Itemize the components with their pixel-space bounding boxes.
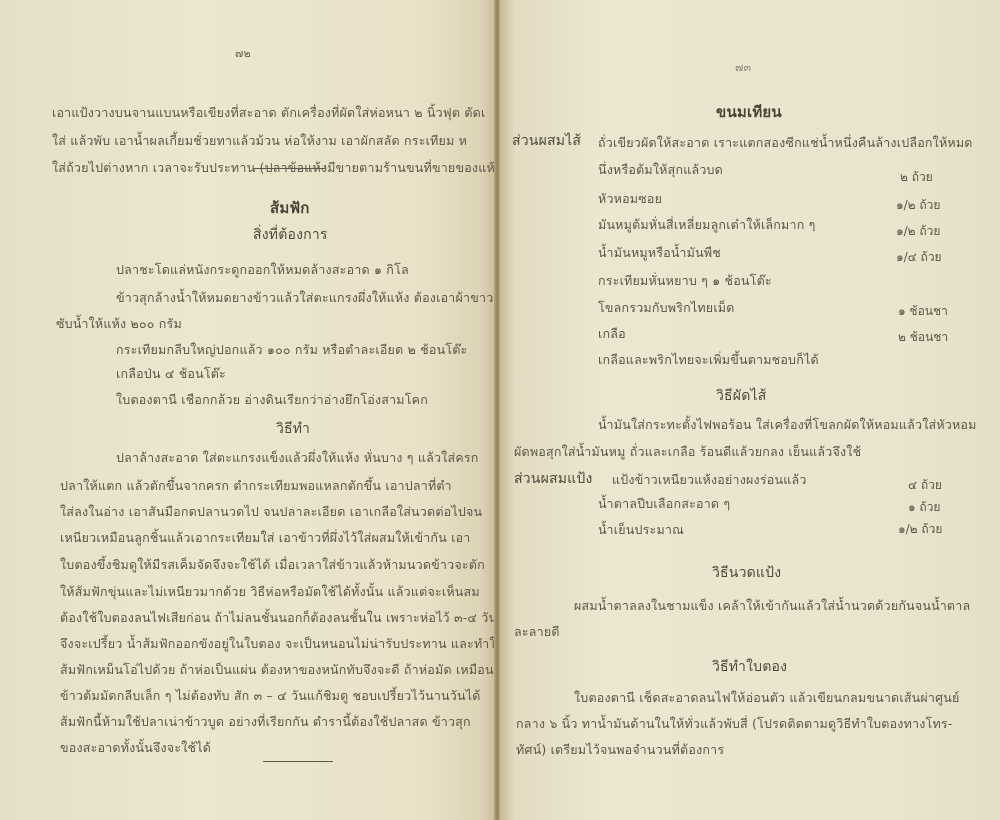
method-line: ใบตองขึ้งชิมดูให้มีรสเค็มจัดจึงจะใช้ได้ … <box>60 555 485 575</box>
intro-line: ใส่ แล้วพับ เอาน้ำผลเกี้ยมชั่วยทาแล้วม้ว… <box>52 131 467 151</box>
filling-line: นึ่งหรือต้มให้สุกแล้วบด <box>598 160 723 180</box>
ingredient-line: เกลือป่น ๔ ช้อนโต๊ะ <box>116 364 226 384</box>
method-line: ข้าวต้มมัดกลีบเล็ก ๆ ไม่ต้องทับ สัก ๓ – … <box>60 686 481 706</box>
quantity: ๑ ถ้วย <box>908 498 940 517</box>
filling-line: มันหมูต้มหั่นสี่เหลี่ยมลูกเต๋าให้เล็กมาก… <box>598 215 816 235</box>
section-divider <box>253 168 325 169</box>
dough-line: น้ำเย็นประมาณ <box>598 520 684 540</box>
ingredients-heading: สิ่งที่ต้องการ <box>253 224 328 246</box>
left-page: ๗๒ เอาแป้งวางบนจานแบนหรือเขียงที่สะอาด ต… <box>0 0 496 820</box>
recipe-title: ส้มฟัก <box>270 196 310 220</box>
leaf-method-line: กลาง ๖ นิ้ว ทาน้ำมันด้านในให้ทั่วแล้วพับ… <box>516 714 953 734</box>
page-number: ๗๓ <box>735 58 751 76</box>
quantity: ๑/๒ ถ้วย <box>898 520 942 539</box>
quantity: ๑/๒ ถ้วย <box>896 222 940 241</box>
right-page: ๗๓ ขนมเทียน ส่วนผสมไส้ ถั่วเขียวผัดให้สะ… <box>500 0 1000 820</box>
quantity: ๑ ช้อนชา <box>898 302 948 321</box>
ingredient-line: ใบตองตานี เชือกกล้วย อ่างดินเรียกว่าอ่าง… <box>116 390 428 410</box>
filling-line: น้ำมันหมูหรือน้ำมันพืช <box>598 243 721 263</box>
dough-method-line: ละลายดี <box>514 622 560 642</box>
leaf-method-heading: วิธีทำใบตอง <box>712 656 787 678</box>
dough-method-heading: วิธีนวดแป้ง <box>712 562 781 584</box>
method-line: ให้ส้มฟักขุ่นและไม่เหนียวมากด้วย วิธีห่อ… <box>60 582 480 602</box>
dough-label: ส่วนผสมแป้ง <box>514 468 593 490</box>
ingredient-line: ปลาชะโดแล่หนังกระดูกออกให้หมดล้างสะอาด ๑… <box>116 260 409 280</box>
method-line: ปลาล้างสะอาด ใส่ตะแกรงแข็งแล้วผึ่งให้แห้… <box>116 448 479 468</box>
method-heading: วิธีทำ <box>276 418 310 440</box>
dough-method-line: ผสมน้ำตาลลงในชามแข็ง เคล้าให้เข้ากันแล้ว… <box>574 596 970 616</box>
method-line: ส้มฟักนี้ห้ามใช้ปลาเน่าข้าวบูด อย่างที่เ… <box>60 712 471 732</box>
filling-line: เกลือ <box>598 324 626 344</box>
ingredient-line: กระเทียมกลีบใหญ่ปอกแล้ว ๑๐๐ กรัม หรือตำล… <box>116 340 467 360</box>
quantity: ๑/๒ ถ้วย <box>896 196 940 215</box>
filling-line: เกลือและพริกไทยจะเพิ่มขึ้นตามชอบก็ได้ <box>598 350 819 370</box>
filling-method-heading: วิธีผัดไส้ <box>716 385 767 407</box>
quantity: ๒ ช้อนชา <box>898 328 948 347</box>
recipe-title: ขนมเทียน <box>716 100 782 124</box>
page-number: ๗๒ <box>235 44 251 62</box>
filling-method-line: น้ำมันใส่กระทะตั้งไฟพอร้อน ใส่เครื่องที่… <box>598 415 977 435</box>
dough-line: แป้งข้าวเหนียวแห้งอย่างผงร่อนแล้ว <box>612 470 807 490</box>
quantity: ๔ ถ้วย <box>908 476 942 495</box>
method-line: ต้องใช้ใบตองลนไฟเสียก่อน ถ้าไม่ลนชั้นนอก… <box>60 608 496 628</box>
method-line: ใส่ลงในอ่าง เอาสันมือกดปลานวดไป จนปลาละเ… <box>60 502 482 522</box>
ingredient-line: ซับน้ำให้แห้ง ๒๐๐ กรัม <box>56 314 182 334</box>
dough-line: น้ำตาลปีบเลือกสะอาด ๆ <box>598 494 730 514</box>
method-line: ส้มฟักเหม็นโอ่ไปด้วย ถ้าห่อเป็นแผ่น ต้อง… <box>60 660 494 680</box>
ingredient-line: ข้าวสุกล้างน้ำให้หมดยางข้าวแล้วใส่ตะแกรง… <box>116 288 493 308</box>
leaf-method-line: ทัศน์) เตรียมไว้จนพอจำนวนที่ต้องการ <box>516 740 724 760</box>
method-line: จึงจะเปรี้ยว น้ำส้มฟักออกขังอยู่ในใบตอง … <box>60 634 496 654</box>
quantity: ๒ ถ้วย <box>900 168 933 187</box>
filling-line: ถั่วเขียวผัดให้สะอาด เราะแตกสองซีกแช่น้ำ… <box>598 133 973 153</box>
method-line: ปลาให้แตก แล้วตักขึ้นจากครก ตำกระเทียมพอ… <box>60 476 452 496</box>
section-divider <box>263 761 333 762</box>
filling-label: ส่วนผสมไส้ <box>512 130 581 152</box>
filling-line: หัวหอมซอย <box>598 189 662 209</box>
quantity: ๑/๔ ถ้วย <box>896 248 942 267</box>
filling-line: กระเทียมหั่นหยาบ ๆ ๑ ช้อนโต๊ะ <box>598 271 772 291</box>
leaf-method-line: ใบตองตานี เช็ดสะอาดลนไฟให้อ่อนตัว แล้วเข… <box>574 688 960 708</box>
filling-method-line: ผัดพอสุกใส่น้ำมันหมู ถั่วและเกลือ ร้อนดี… <box>514 442 861 462</box>
intro-line: เอาแป้งวางบนจานแบนหรือเขียงที่สะอาด ตักเ… <box>52 103 485 123</box>
method-line: เหนียวเหมือนลูกชิ้นแล้วเอากระเทียมใส่ เอ… <box>60 528 471 548</box>
filling-line: โขลกรวมกับพริกไทยเม็ด <box>598 298 735 318</box>
method-line: ของสะอาดทั้งนั้นจึงจะใช้ได้ <box>60 738 211 758</box>
